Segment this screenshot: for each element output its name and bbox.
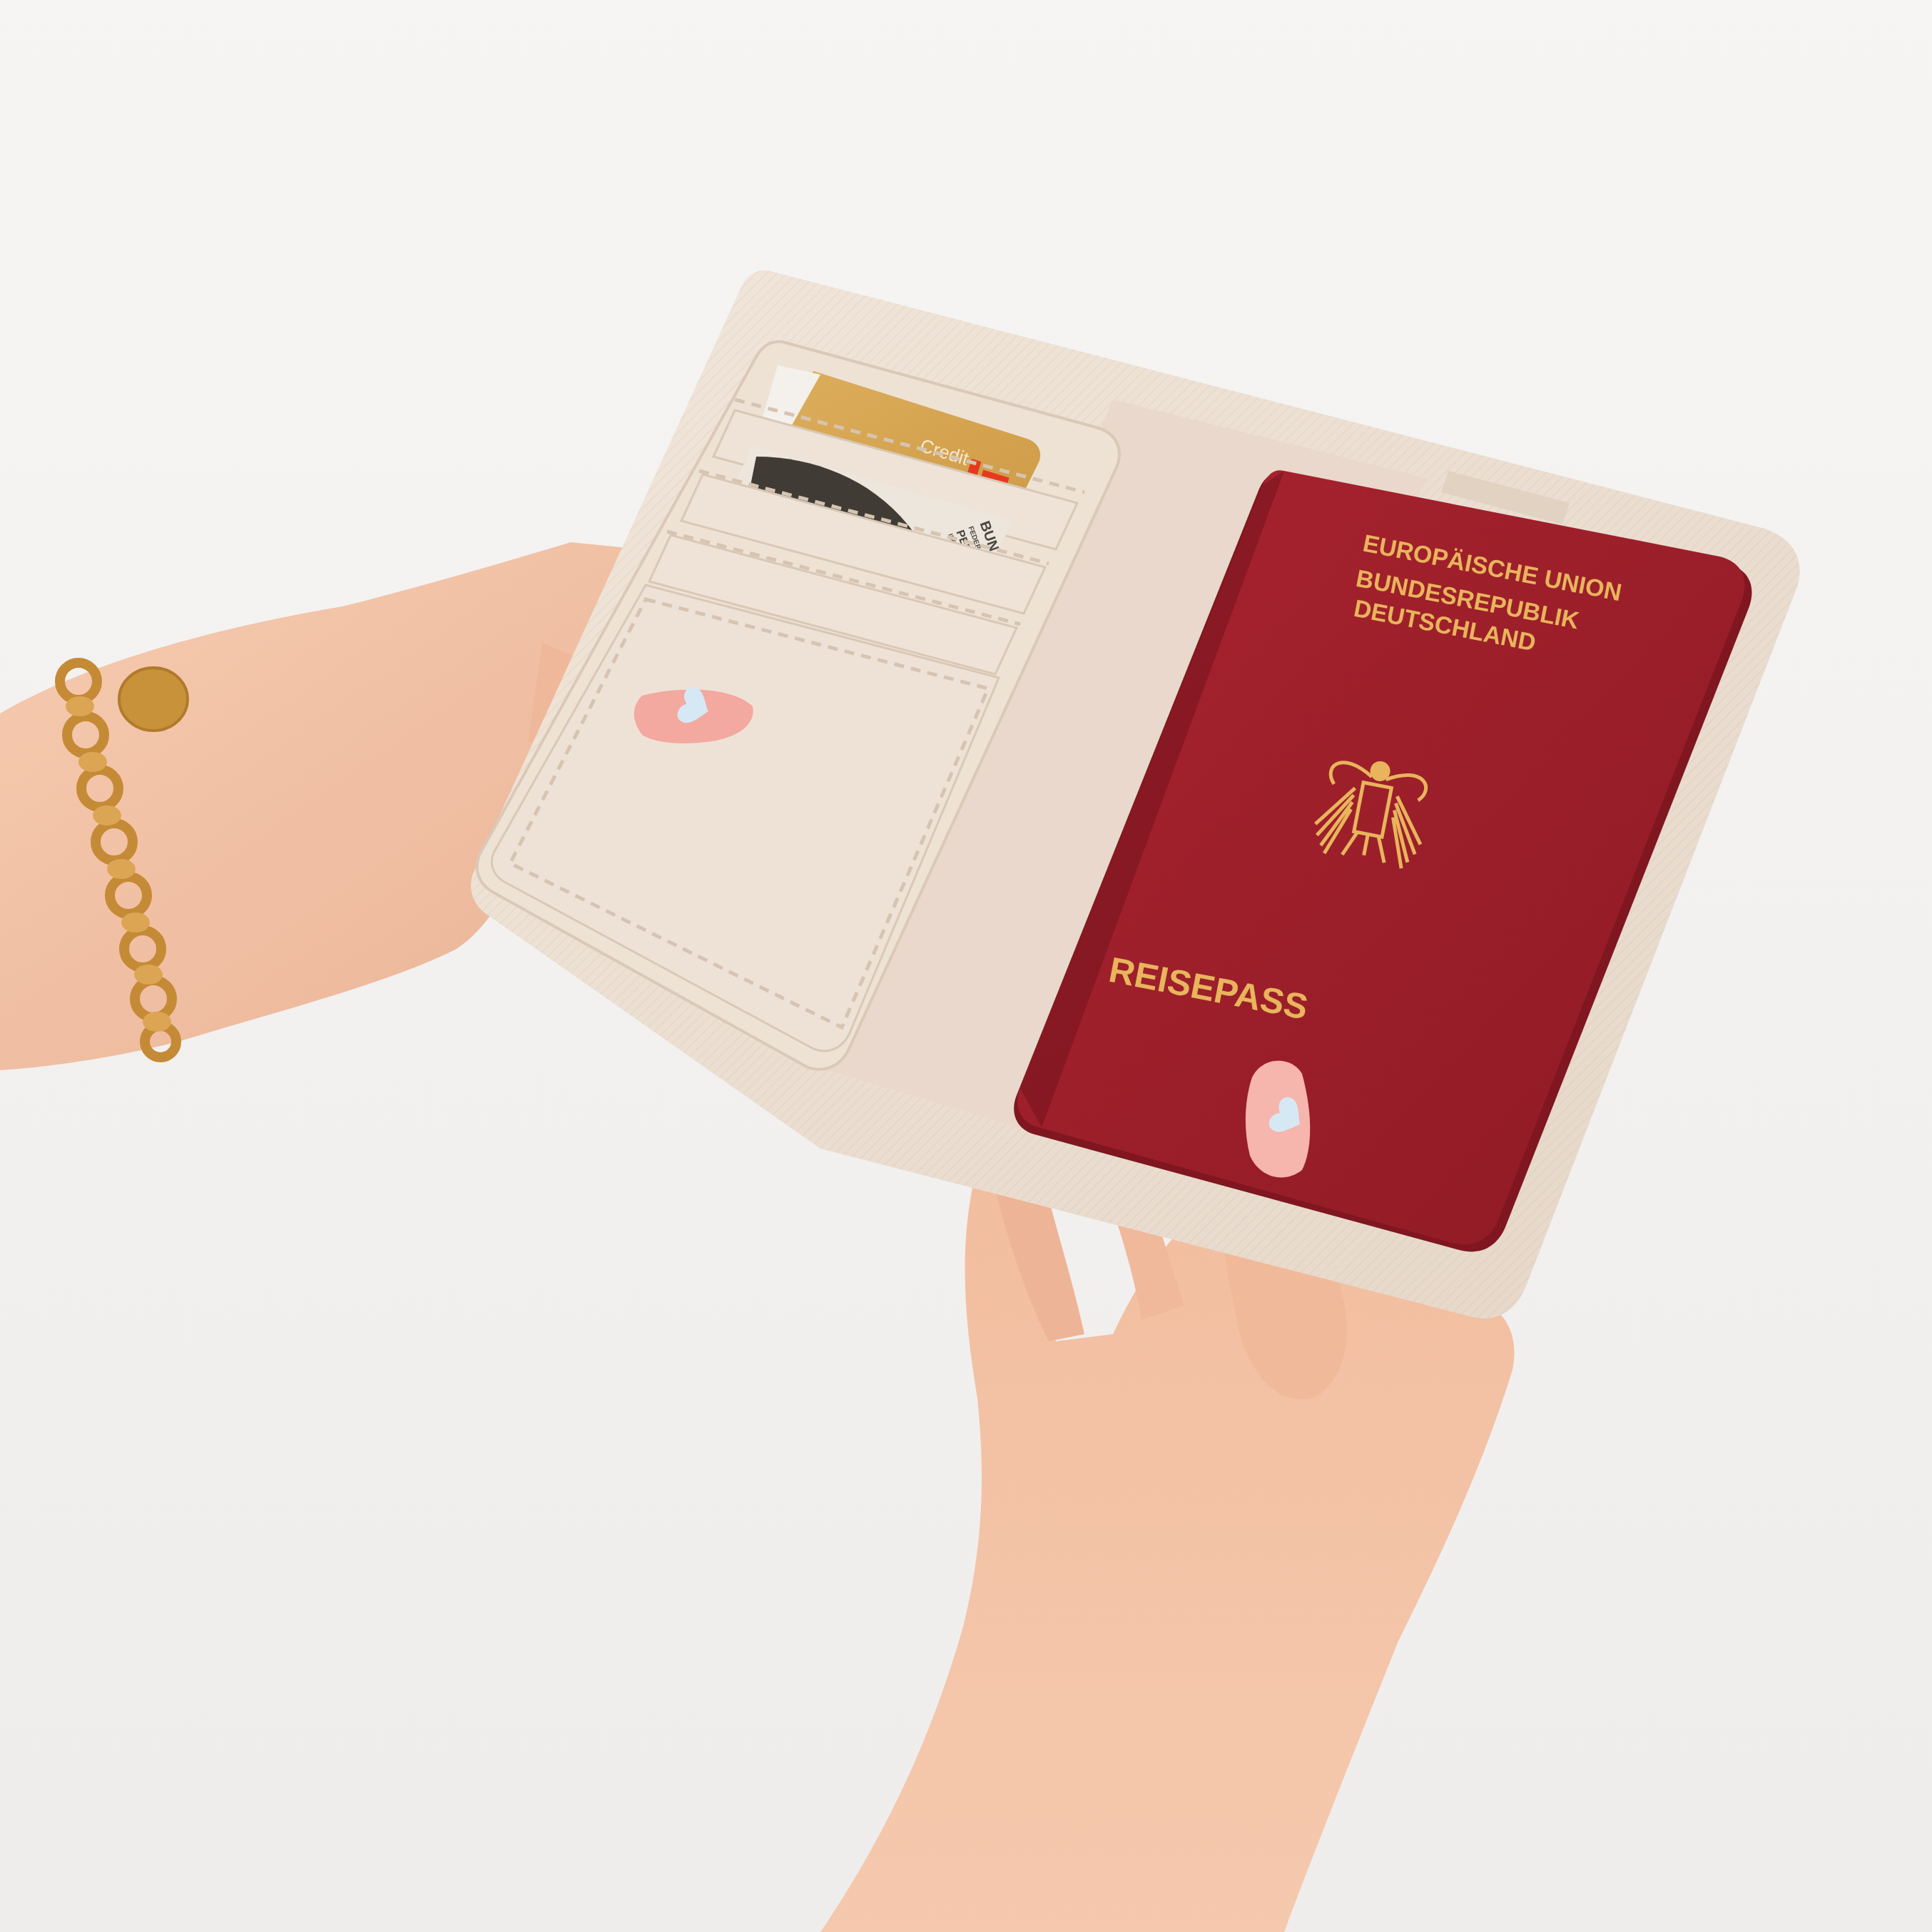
bracelet-charm xyxy=(119,668,188,731)
photo-scene: Credit BUN FEDERA PERS IDENTIT xyxy=(0,0,1932,1932)
right-thumbnail xyxy=(1246,1061,1310,1178)
